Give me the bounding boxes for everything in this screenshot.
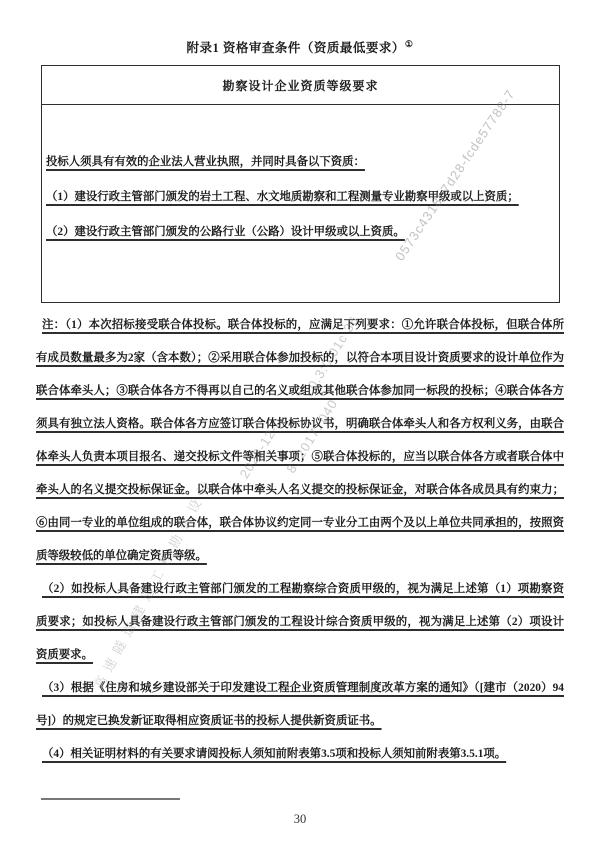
note-paragraph-1: 注：（1）本次招标接受联合体投标。联合体投标的，应满足下列要求：①允许联合体投标… — [36, 309, 564, 573]
footnote-marker-icon: ① — [405, 39, 414, 49]
page-title: 附录1 资格审查条件（资质最低要求）① — [0, 0, 600, 56]
notes-section: 注：（1）本次招标接受联合体投标。联合体投标的，应满足下列要求：①允许联合体投标… — [36, 309, 564, 771]
requirement-intro: 投标人须具有有效的企业法人营业执照，并同时具备以下资质： — [46, 145, 555, 180]
requirement-item-1: （1）建设行政主管部门颁发的岩土工程、水文地质勘察和工程测量专业勘察甲级或以上资… — [46, 180, 555, 215]
note-paragraph-3: （3）根据《住房和城乡建设部关于印发建设工程企业资质管理制度改革方案的通知》（[… — [36, 672, 564, 738]
qualification-table: 勘察设计企业资质等级要求 投标人须具有有效的企业法人营业执照，并同时具备以下资质… — [41, 65, 560, 303]
page-title-text: 附录1 资格审查条件（资质最低要求） — [187, 41, 405, 55]
note-paragraph-2: （2）如投标人具备建设行政主管部门颁发的工程勘察综合资质甲级的，视为满足上述第（… — [36, 573, 564, 672]
document-page: 0573c4318b7d28-fcde57788-7 2023-12-0 20.… — [0, 0, 600, 849]
footnote-separator-line — [41, 798, 180, 800]
note-paragraph-4: （4）相关证明材料的有关要求请阅投标人须知前附表第3.5项和投标人须知前附表第3… — [36, 738, 564, 771]
table-body-cell: 投标人须具有有效的企业法人营业执照，并同时具备以下资质： （1）建设行政主管部门… — [42, 105, 559, 302]
page-number: 30 — [0, 812, 600, 827]
table-header-cell: 勘察设计企业资质等级要求 — [42, 66, 559, 105]
requirement-item-2: （2）建设行政主管部门颁发的公路行业（公路）设计甲级或以上资质。 — [46, 215, 555, 250]
